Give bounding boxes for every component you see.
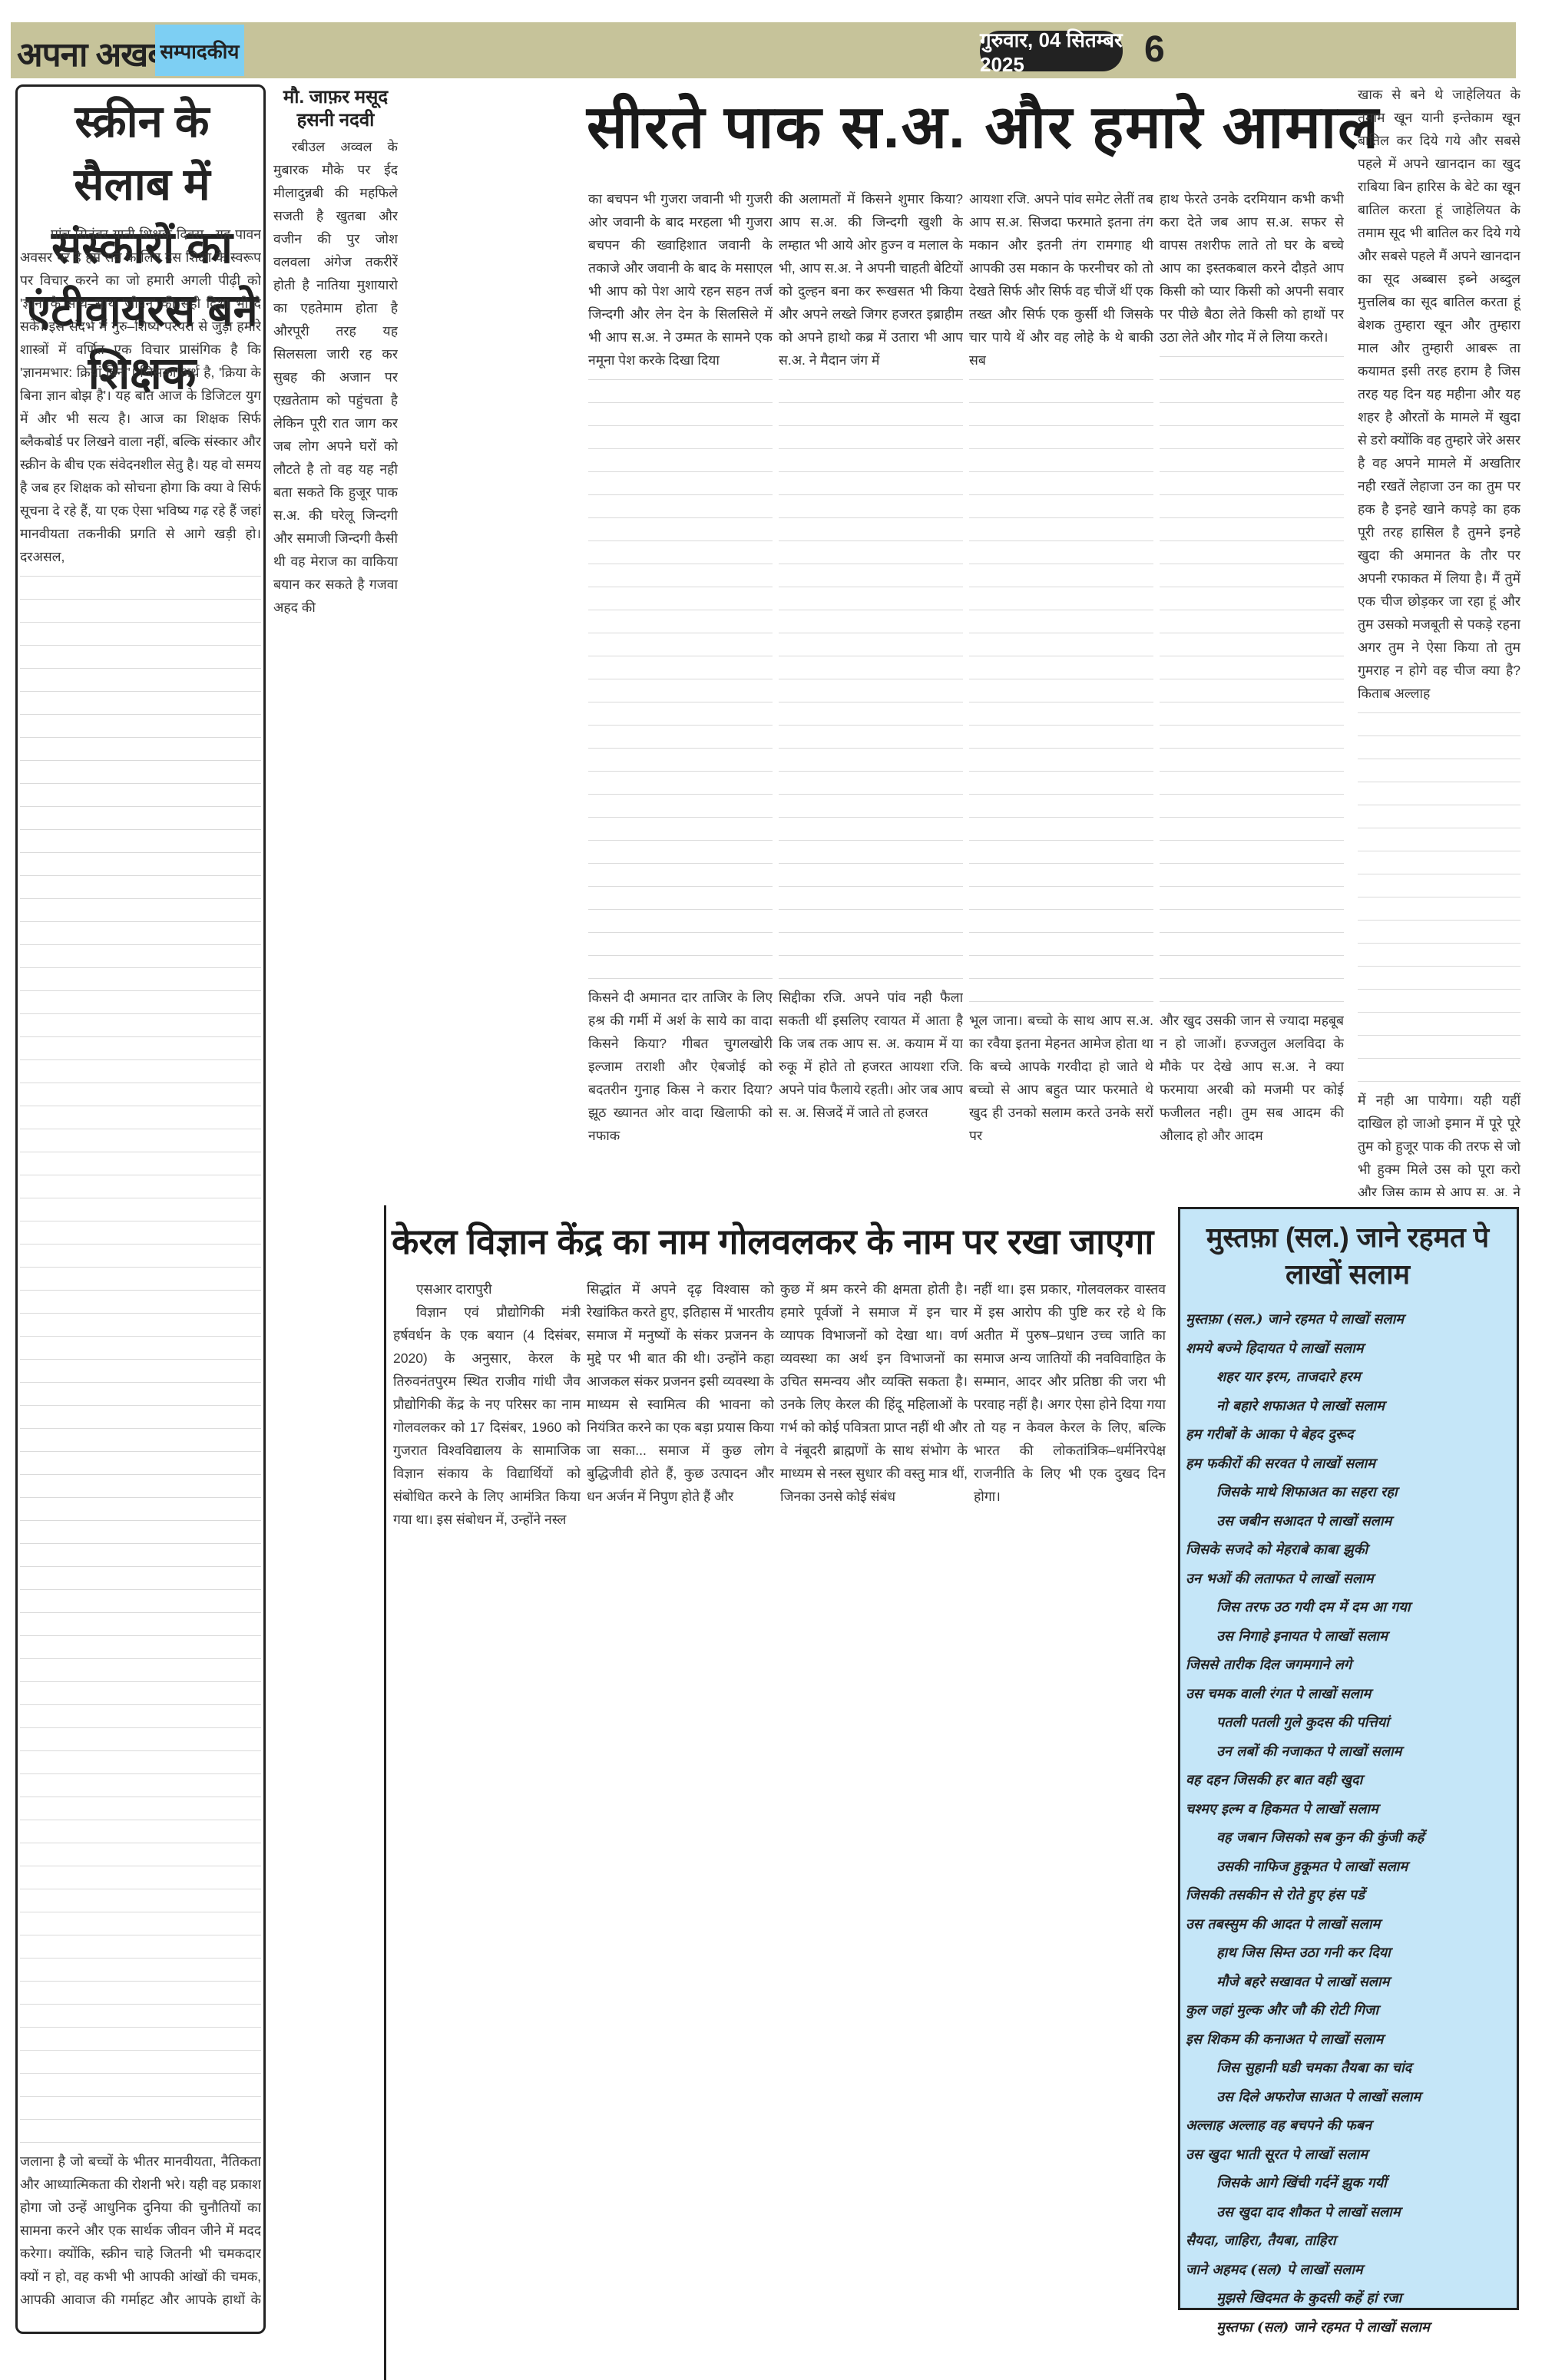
editorial-paragraph: पांच सितंबर यानी शिक्षक दिवस– यह पावन अव… (20, 223, 261, 568)
seerat-column-text: खाक से बने थे जाहेलियत के तमाम खून यानी … (1358, 83, 1520, 705)
poem-line: वह दहन जिसकी हर बात वही खुदा (1186, 1766, 1514, 1795)
poem-line: इस शिकम की कनाअत पे लाखों सलाम (1186, 2025, 1514, 2054)
poem-line: जिसके सजदे को मेहराबे काबा झुकी (1186, 1535, 1514, 1565)
kerala-column-text: विज्ञान एवं प्रौद्योगिकी मंत्री हर्षवर्ध… (393, 1301, 581, 1531)
poem-title: मुस्तफ़ा (सल.) जाने रहमत पे लाखों सलाम (1183, 1219, 1513, 1293)
poem-line: मुझसे खिदमत के कुदसी कहें हां रजा (1186, 2284, 1514, 2313)
poem-line: जिस सुहानी घडी चमका तैयबा का चांद (1186, 2054, 1514, 2083)
seerat-column-continued (779, 372, 963, 986)
poem-line: हम फकीरों की सरवत पे लाखों सलाम (1186, 1449, 1514, 1479)
page-number: 6 (1144, 28, 1165, 71)
kerala-column-3: कुछ में श्रम करने की क्षमता होती है। हमा… (780, 1278, 968, 2368)
poem-line: मौजे बहरे सखावत पे लाखों सलाम (1186, 1968, 1514, 1997)
poem-line: चश्मए इल्म व हिकमत पे लाखों सलाम (1186, 1795, 1514, 1824)
kerala-column-2: सिद्धांत में अपने दृढ़ विश्वास को रेखांक… (587, 1278, 774, 2368)
editorial-paragraph: जलाना है जो बच्चों के भीतर मानवीयता, नैत… (20, 2150, 261, 2311)
poem-line: शहर यार इरम, ताजदारे हरम (1186, 1363, 1514, 1392)
section-badge: सम्पादकीय (155, 25, 244, 76)
seerat-column-text: का बचपन भी गुजरा जवानी भी गुजरी ओर जवानी… (588, 187, 773, 372)
seerat-column-text: की अलामतों में किसने शुमार किया? आप स.अ.… (779, 187, 963, 372)
poem-line: जिस तरफ उठ गयी दम में दम आ गया (1186, 1593, 1514, 1622)
masthead: अपना अखबार सम्पादकीय गुरुवार, 04 सितम्बर… (11, 22, 1516, 78)
seerat-column-text: भूल जाना। बच्चो के साथ आप स.अ. का रवैया … (969, 1009, 1153, 1147)
editorial-continued-text (20, 568, 261, 2150)
kerala-column-4: नहीं था। इस प्रकार, गोलवलकर वास्तव में इ… (974, 1278, 1166, 2368)
poem-line: वह जबान जिसको सब कुन की कुंजी कहें (1186, 1823, 1514, 1853)
seerat-column-text: किसने दी अमानत दार ताजिर के लिए हश्र की … (588, 986, 773, 1147)
poem-line: अल्लाह अल्लाह वह बचपने की फबन (1186, 2111, 1514, 2140)
poem-line: उस तबस्सुम की आदत पे लाखों सलाम (1186, 1910, 1514, 1939)
editorial-body: पांच सितंबर यानी शिक्षक दिवस– यह पावन अव… (20, 223, 261, 2311)
kerala-column-text: नहीं था। इस प्रकार, गोलवलकर वास्तव में इ… (974, 1278, 1166, 1508)
seerat-column-2: की अलामतों में किसने शुमार किया? आप स.अ.… (779, 187, 963, 1208)
kerala-author: एसआर दारापुरी (393, 1278, 581, 1301)
poem-line: जिसकी तसकीन से रोते हुए हंस पडें (1186, 1881, 1514, 1910)
seerat-column-5: खाक से बने थे जाहेलियत के तमाम खून यानी … (1358, 83, 1520, 1196)
seerat-column-text: और खुद उसकी जान से ज्यादा महबूब न हो जाओ… (1160, 1009, 1344, 1147)
seerat-intro-column: रबीउल अव्वल के मुबारक मौके पर ईद मीलादुन… (273, 135, 398, 1202)
seerat-column-continued (1160, 349, 1344, 1009)
seerat-column-3: आयशा रजि. अपने पांव समेट लेतीं तब आप स.अ… (969, 187, 1153, 1208)
poem-line: उन लबों की नजाकत पे लाखों सलाम (1186, 1737, 1514, 1767)
poem-line: जिसके माथे शिफाअत का सहरा रहा (1186, 1478, 1514, 1507)
kerala-column-1: एसआर दारापुरी विज्ञान एवं प्रौद्योगिकी म… (393, 1278, 581, 2368)
seerat-column-text: हाथ फेरते उनके दरमियान कभी कभी करा देते … (1160, 187, 1344, 349)
poem-line: शमये बज्मे हिदायत पे लाखों सलाम (1186, 1334, 1514, 1364)
poem-line: हम गरीबों के आका पे बेहद दुरूद (1186, 1420, 1514, 1449)
kerala-column-text: कुछ में श्रम करने की क्षमता होती है। हमा… (780, 1278, 968, 1508)
seerat-column-text: में नही आ पायेगा। यही यहीं दाखिल हो जाओ … (1358, 1089, 1520, 1196)
seerat-column-text: सिद्दीका रजि. अपने पांव नही फैला सकती थी… (779, 986, 963, 1124)
seerat-column-1: का बचपन भी गुजरा जवानी भी गुजरी ओर जवानी… (588, 187, 773, 1208)
poem-line: नो बहारे शफाअत पे लाखों सलाम (1186, 1392, 1514, 1421)
poem-line: उस दिले अफरोज साअत पे लाखों सलाम (1186, 2083, 1514, 2112)
poem-line: जिसके आगे खिंची गर्दनें झुक गयीं (1186, 2169, 1514, 2198)
kerala-headline: केरल विज्ञान केंद्र का नाम गोलवलकर के ना… (392, 1218, 1167, 1265)
seerat-column-text: आयशा रजि. अपने पांव समेट लेतीं तब आप स.अ… (969, 187, 1153, 372)
seerat-column-4: हाथ फेरते उनके दरमियान कभी कभी करा देते … (1160, 187, 1344, 1208)
poem-line: उस जबीन सआदत पे लाखों सलाम (1186, 1507, 1514, 1536)
byline-name-2: हसनी नदवी (273, 109, 398, 132)
poem-line: हाथ जिस सिम्त उठा गनी कर दिया (1186, 1939, 1514, 1968)
poem-line: उस खुदा दाद शौकत पे लाखों सलाम (1186, 2198, 1514, 2227)
poem-line: जाने अहमद (सल) पे लाखों सलाम (1186, 2256, 1514, 2285)
poem-line: सैयदा, जाहिरा, तैयबा, ताहिरा (1186, 2226, 1514, 2256)
poem-line: जिससे तारीक दिल जगमगाने लगे (1186, 1651, 1514, 1680)
seerat-column-continued (588, 372, 773, 986)
byline-name: मौ. जाफ़र मसूद (273, 86, 398, 109)
poem-line: उस खुदा भाती सूरत पे लाखों सलाम (1186, 2140, 1514, 2170)
poem-line: कुल जहां मुल्क और जौ की रोटी गिजा (1186, 1996, 1514, 2025)
poem-line: उस निगाहे इनायत पे लाखों सलाम (1186, 1622, 1514, 1651)
poem-line: उस चमक वाली रंगत पे लाखों सलाम (1186, 1680, 1514, 1709)
date-badge: गुरुवार, 04 सितम्बर 2025 (980, 31, 1123, 71)
kerala-column-text: सिद्धांत में अपने दृढ़ विश्वास को रेखांक… (587, 1278, 774, 1508)
poem-line: पतली पतली गुले कुदस की पत्तियां (1186, 1708, 1514, 1737)
poem-line: मुस्तफा (सल) जाने रहमत पे लाखों सलाम (1186, 2313, 1514, 2342)
seerat-column-continued (969, 372, 1153, 1009)
seerat-byline: मौ. जाफ़र मसूद हसनी नदवी (273, 86, 398, 132)
poem-line: उसकी नाफिज हुकूमत पे लाखों सलाम (1186, 1853, 1514, 1882)
seerat-headline: सीरते पाक स.अ. और हमारे आमाल (587, 84, 1352, 169)
poem-line: मुस्तफ़ा (सल.) जाने रहमत पे लाखों सलाम (1186, 1305, 1514, 1334)
seerat-intro: रबीउल अव्वल के मुबारक मौके पर ईद मीलादुन… (273, 135, 398, 619)
poem-lines: मुस्तफ़ा (सल.) जाने रहमत पे लाखों सलामशम… (1186, 1305, 1514, 2342)
seerat-column-continued (1358, 705, 1520, 1089)
poem-line: उन भओं की लताफत पे लाखों सलाम (1186, 1565, 1514, 1594)
